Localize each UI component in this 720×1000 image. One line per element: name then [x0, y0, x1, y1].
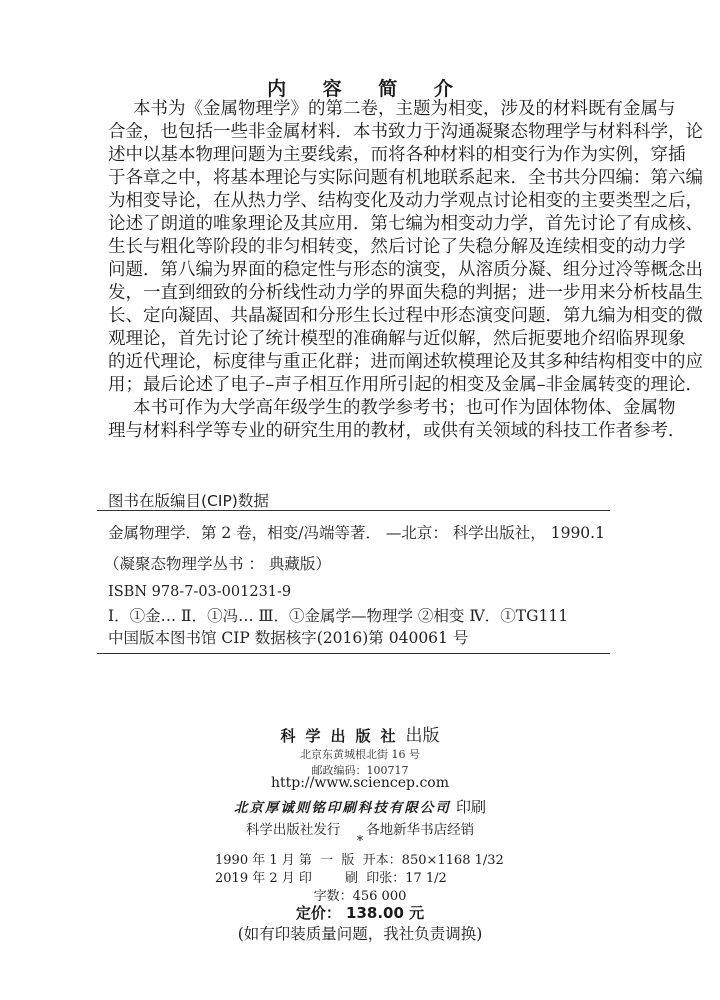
summary-line: 论述了朗道的唯象理论及其应用．第七编为相变动力学，首先讨论了有成核、 [108, 213, 612, 236]
summary-line: 用；最后论述了电子–声子相互作用所引起的相变及金属–非金属转变的理论． [108, 374, 612, 397]
cip-top-rule [97, 510, 610, 511]
summary-line: 述中以基本物理问题为主要线索，而将各种材料的相变行为作为实例，穿插 [108, 144, 612, 167]
summary-line: 本书为《金属物理学》的第二卷，主题为相变，涉及的材料既有金属与 [133, 98, 612, 121]
summary-line: 为相变导论，在从热力学、结构变化及动力学观点讨论相变的主要类型之后， [108, 190, 612, 213]
printing-line: 2019 年 2 月 印 刷 印张：17 1/2 [215, 867, 447, 886]
printer-line: 北京厚诚则铭印刷科技有限公司 印刷 [0, 796, 720, 817]
summary-line: 的近代理论，标度律与重正化群；进而阐述软模理论及其多种结构相变中的应 [108, 351, 612, 374]
summary-line: 发，一直到细致的分析线性动力学的界面失稳的判据；进一步用来分析枝晶生 [108, 282, 612, 305]
summary-line: 本书可作为大学高年级学生的教学参考书；也可作为固体物体、金属物 [133, 397, 612, 420]
cip-isbn: ISBN 978-7-03-001231-9 [108, 584, 291, 600]
printer-name: 北京厚诚则铭印刷科技有限公司 [234, 800, 451, 816]
summary-line: 合金，也包括一些非金属材料．本书致力于沟通凝聚态物理学与材料科学，论 [108, 121, 612, 144]
publisher-url: http://www.sciencep.com [0, 775, 720, 791]
cip-number: 中国版本图书馆 CIP 数据核字(2016)第 040061 号 [108, 626, 468, 648]
summary-line: 长、定向凝固、共晶凝固和分形生长过程中形态演变问题．第九编为相变的微 [108, 305, 612, 328]
publisher-address: 北京东黄城根北街 16 号 [0, 746, 720, 762]
summary-line: 生长与粗化等阶段的非匀相转变，然后讨论了失稳分解及连续相变的动力学 [108, 236, 612, 259]
publisher-name: 科学出版社 [280, 727, 405, 745]
cip-bottom-rule [97, 653, 610, 654]
publisher-line: 科学出版社出版 [0, 721, 720, 746]
summary-line: 观理论，首先讨论了统计模型的准确解与近似解，然后扼要地介绍临界现象 [108, 328, 612, 351]
cip-record: 金属物理学．第 2 卷，相变/冯端等著． —北京： 科学出版社， 1990.1 [108, 521, 605, 543]
summary-line: 理与材料科学等专业的研究生用的教材，或供有关领域的科技工作者参考． [108, 420, 612, 443]
separator-star: * [0, 834, 720, 849]
cip-series: （凝聚态物理学丛书 ： 典藏版） [104, 552, 331, 574]
edition-line: 1990 年 1 月 第 一 版 开本：850×1168 1/32 [215, 849, 504, 868]
price: 定价： 138.00 元 [0, 902, 720, 923]
printer-suffix: 印刷 [456, 798, 486, 816]
publisher-suffix: 出版 [406, 726, 440, 746]
cip-heading: 图书在版编目(CIP)数据 [108, 489, 269, 511]
quality-note: (如有印装质量问题，我社负责调换) [0, 922, 720, 944]
summary-line: 于各章之中，将基本理论与实际问题有机地联系起来．全书共分四编：第六编 [108, 167, 612, 190]
cip-classification: Ⅰ．①金… Ⅱ．①冯… Ⅲ．①金属学—物理学 ②相变 Ⅳ．①TG111 [108, 604, 568, 626]
summary-line: 问题．第八编为界面的稳定性与形态的演变，从溶质分凝、组分过冷等概念出 [108, 259, 612, 282]
summary-title: 内 容 简 介 [0, 74, 720, 101]
